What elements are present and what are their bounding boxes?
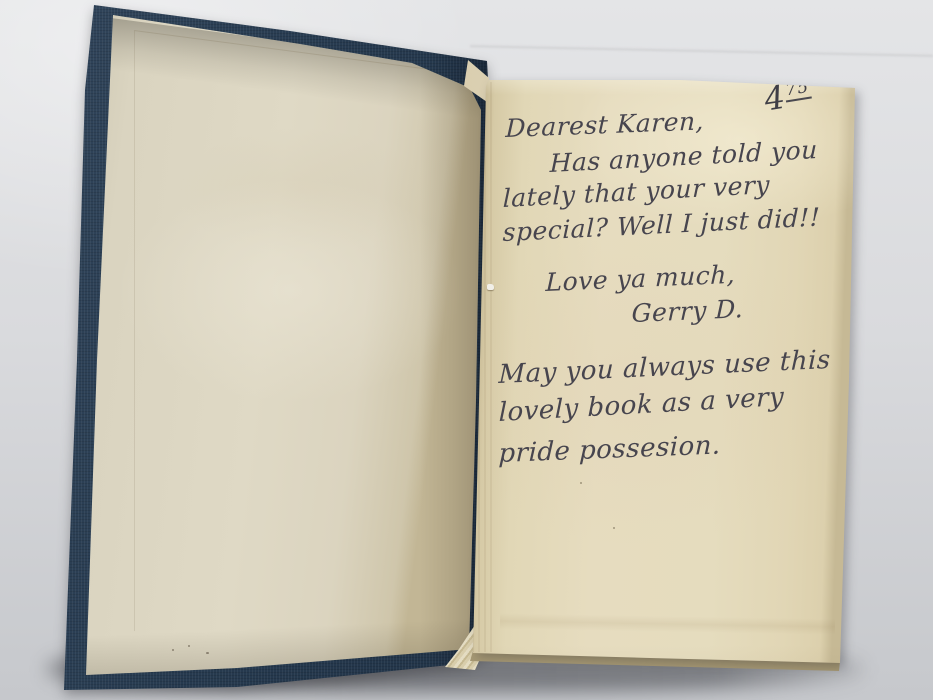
paper-chip <box>487 284 494 290</box>
gutter-crease <box>472 82 496 652</box>
paper-speck <box>613 527 615 529</box>
page-scuff-mark <box>500 613 835 635</box>
inscription-line: lovely book as a very <box>499 382 785 428</box>
inscription-page: 475 Dearest Karen, Has anyone told you l… <box>0 0 933 700</box>
inscription-line: pride possesion. <box>498 430 721 469</box>
open-book: 475 Dearest Karen, Has anyone told you l… <box>0 0 933 700</box>
photo-background: 475 Dearest Karen, Has anyone told you l… <box>0 0 933 700</box>
inscription-line: Has anyone told you <box>549 135 817 178</box>
price-mark: 475 <box>762 77 814 118</box>
inscription-line-signature: Gerry D. <box>631 294 743 328</box>
price-dollars: 4 <box>762 78 788 119</box>
inscription-line-greeting: Dearest Karen, <box>505 106 704 143</box>
inscription-page-wrap: 475 Dearest Karen, Has anyone told you l… <box>0 0 933 700</box>
inscription-line-closing: Love ya much, <box>545 260 735 297</box>
paper-speck <box>580 482 582 484</box>
price-cents: 75 <box>783 79 811 103</box>
